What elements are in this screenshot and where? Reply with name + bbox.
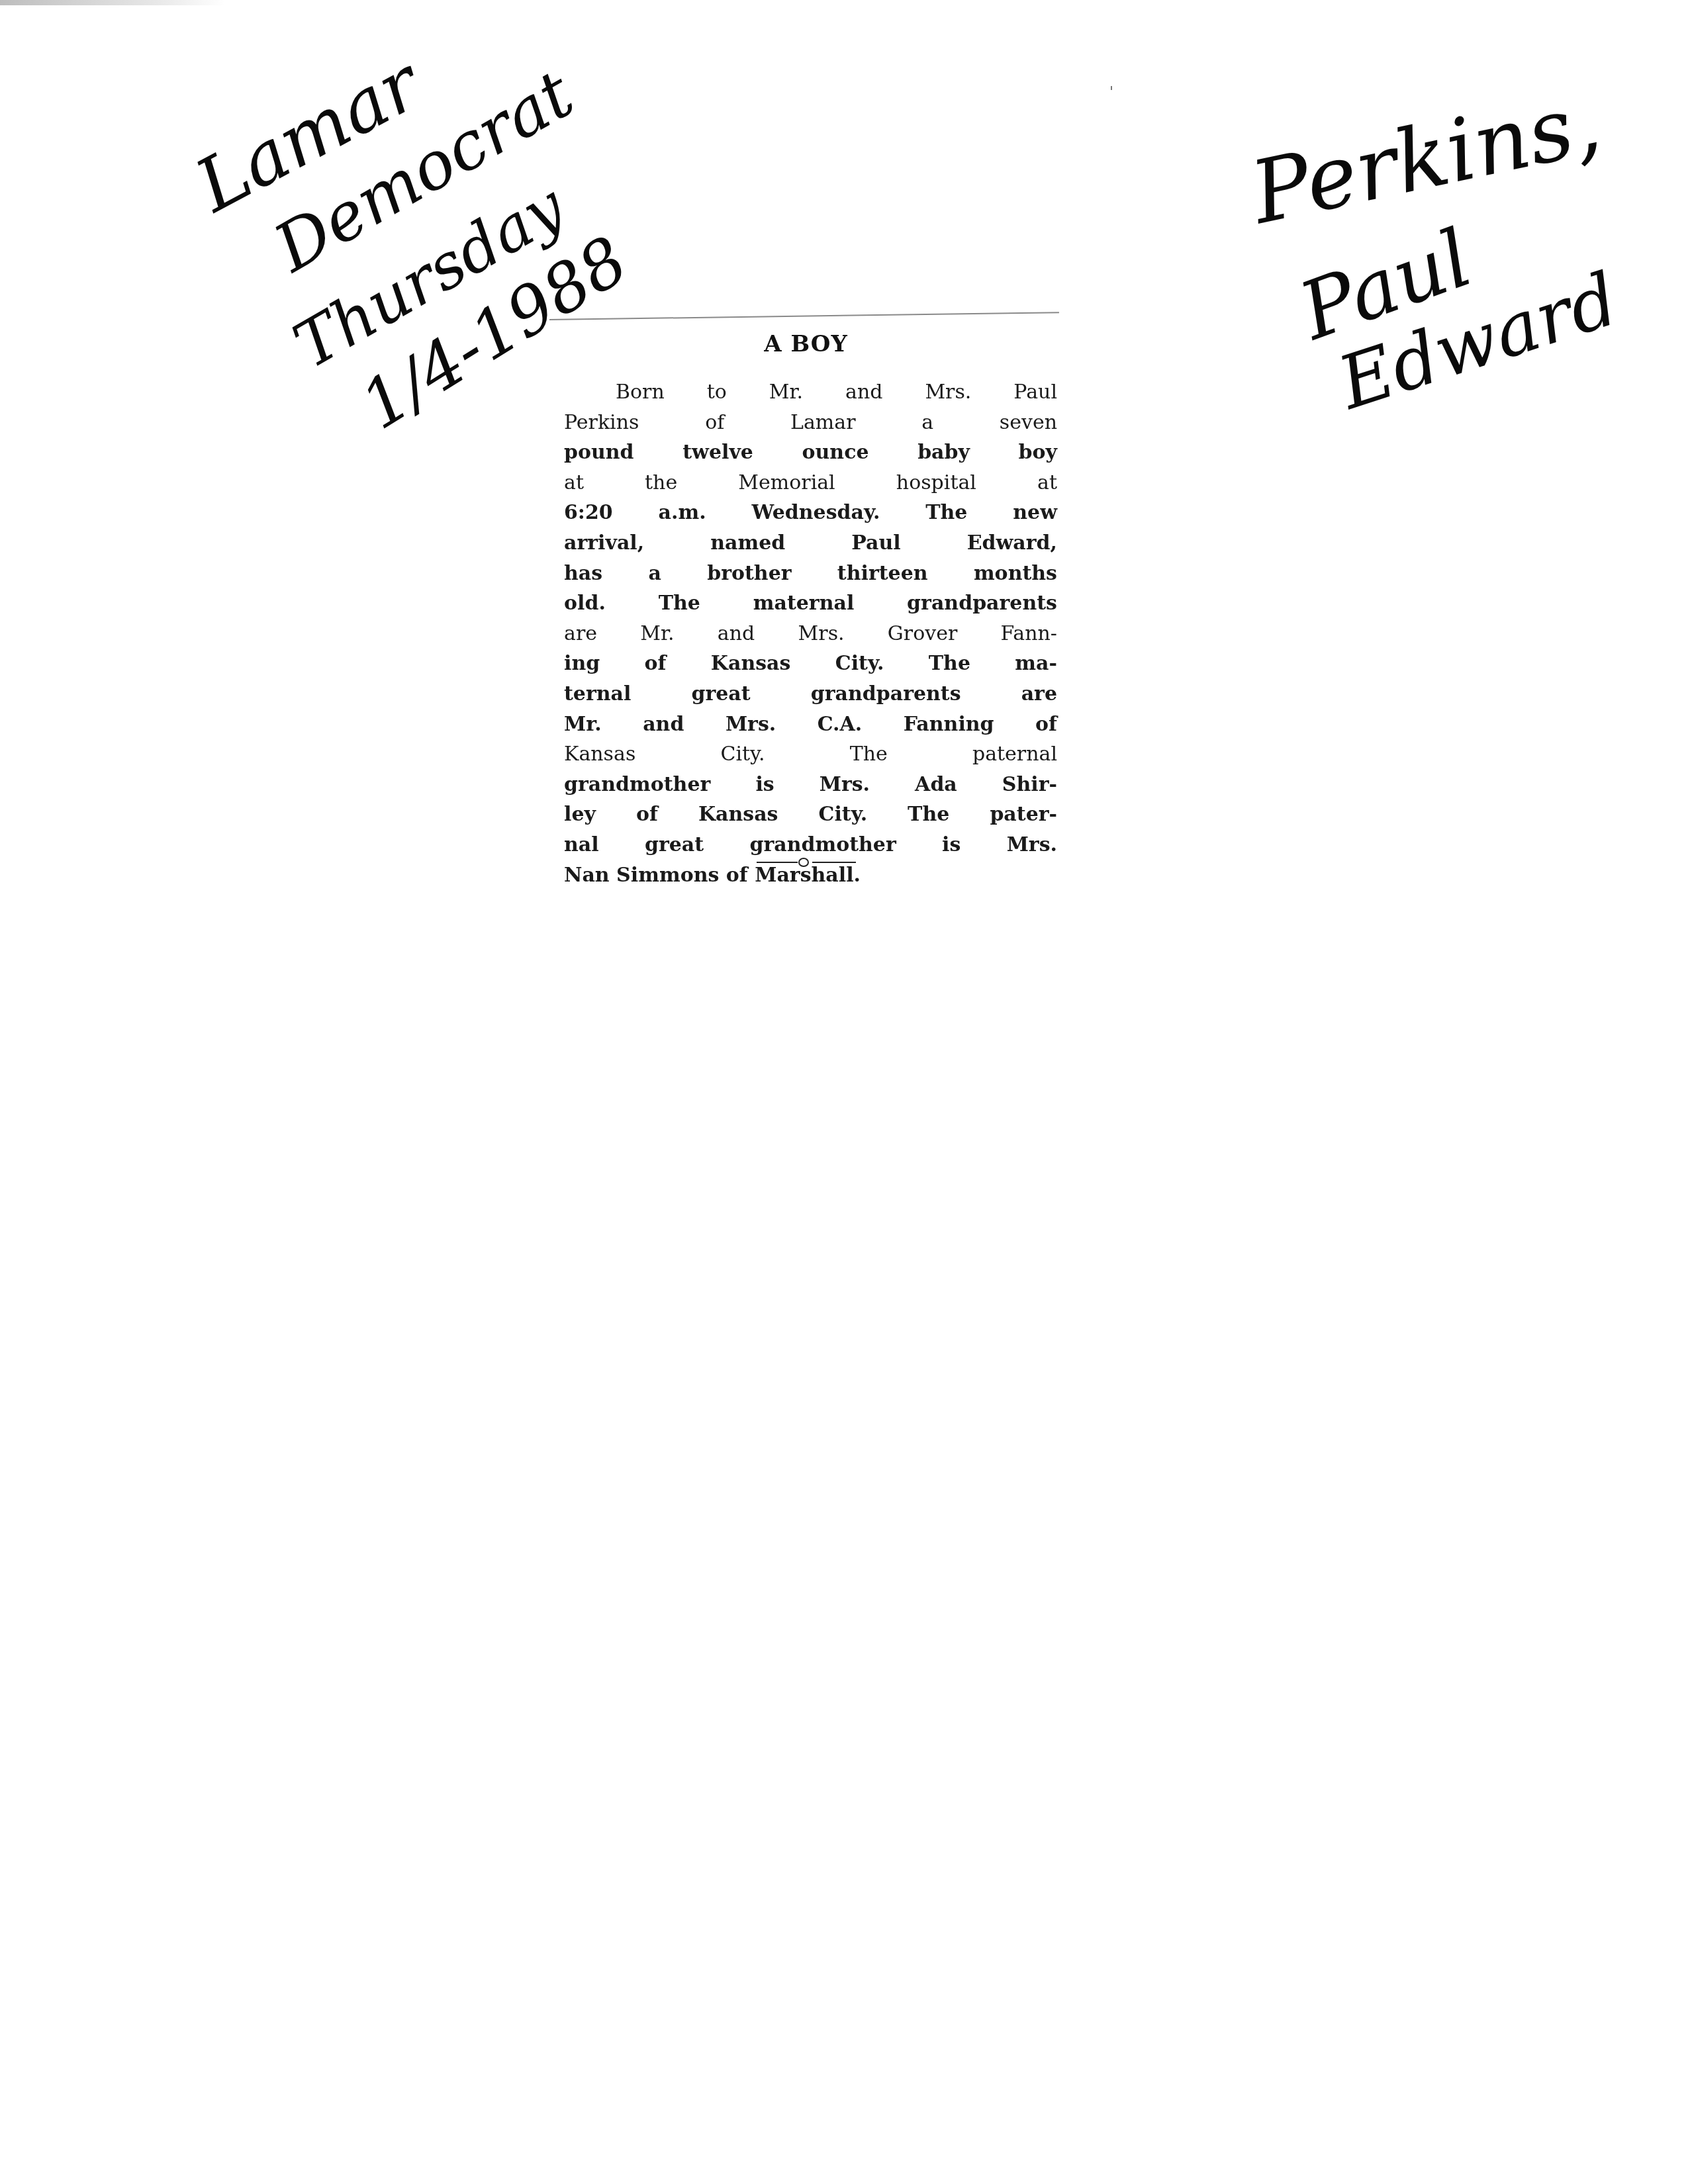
clipping-headline: A BOY: [549, 331, 1062, 357]
clipping-line: ley of Kansas City. The pater-: [564, 799, 1057, 830]
clipping-line: Perkins of Lamar a seven: [564, 408, 1057, 438]
clipping-line: arrival, named Paul Edward,: [564, 528, 1057, 559]
clipping-line: grandmother is Mrs. Ada Shir-: [564, 770, 1057, 800]
clipping-line: Kansas City. The paternal: [564, 739, 1057, 770]
clipping-line: Born to Mr. and Mrs. Paul: [564, 377, 1057, 408]
clipping-line: has a brother thirteen months: [564, 559, 1057, 589]
clipping-top-rule: [549, 312, 1059, 320]
divider-ornament-icon: [798, 858, 809, 867]
scan-edge-artifact: [0, 0, 225, 5]
clipping-line: nal great grandmother is Mrs.: [564, 830, 1057, 860]
clipping-line: 6:20 a.m. Wednesday. The new: [564, 498, 1057, 528]
clipping-line: pound twelve ounce baby boy: [564, 437, 1057, 468]
clipping-line: Mr. and Mrs. C.A. Fanning of: [564, 709, 1057, 740]
clipping-line: at the Memorial hospital at: [564, 468, 1057, 498]
scan-speck: [1111, 86, 1112, 90]
clipping-end-divider: [757, 858, 856, 867]
clipping-line: ternal great grandparents are: [564, 679, 1057, 709]
clipping-line: are Mr. and Mrs. Grover Fann-: [564, 619, 1057, 649]
clipping-line: ing of Kansas City. The ma-: [564, 649, 1057, 679]
clipping-line: old. The maternal grandparents: [564, 588, 1057, 619]
clipping-body: Born to Mr. and Mrs. Paul Perkins of Lam…: [564, 377, 1057, 890]
divider-bar: [757, 862, 798, 863]
divider-bar: [812, 862, 856, 863]
subject-note-line: Perkins,: [1244, 79, 1607, 236]
